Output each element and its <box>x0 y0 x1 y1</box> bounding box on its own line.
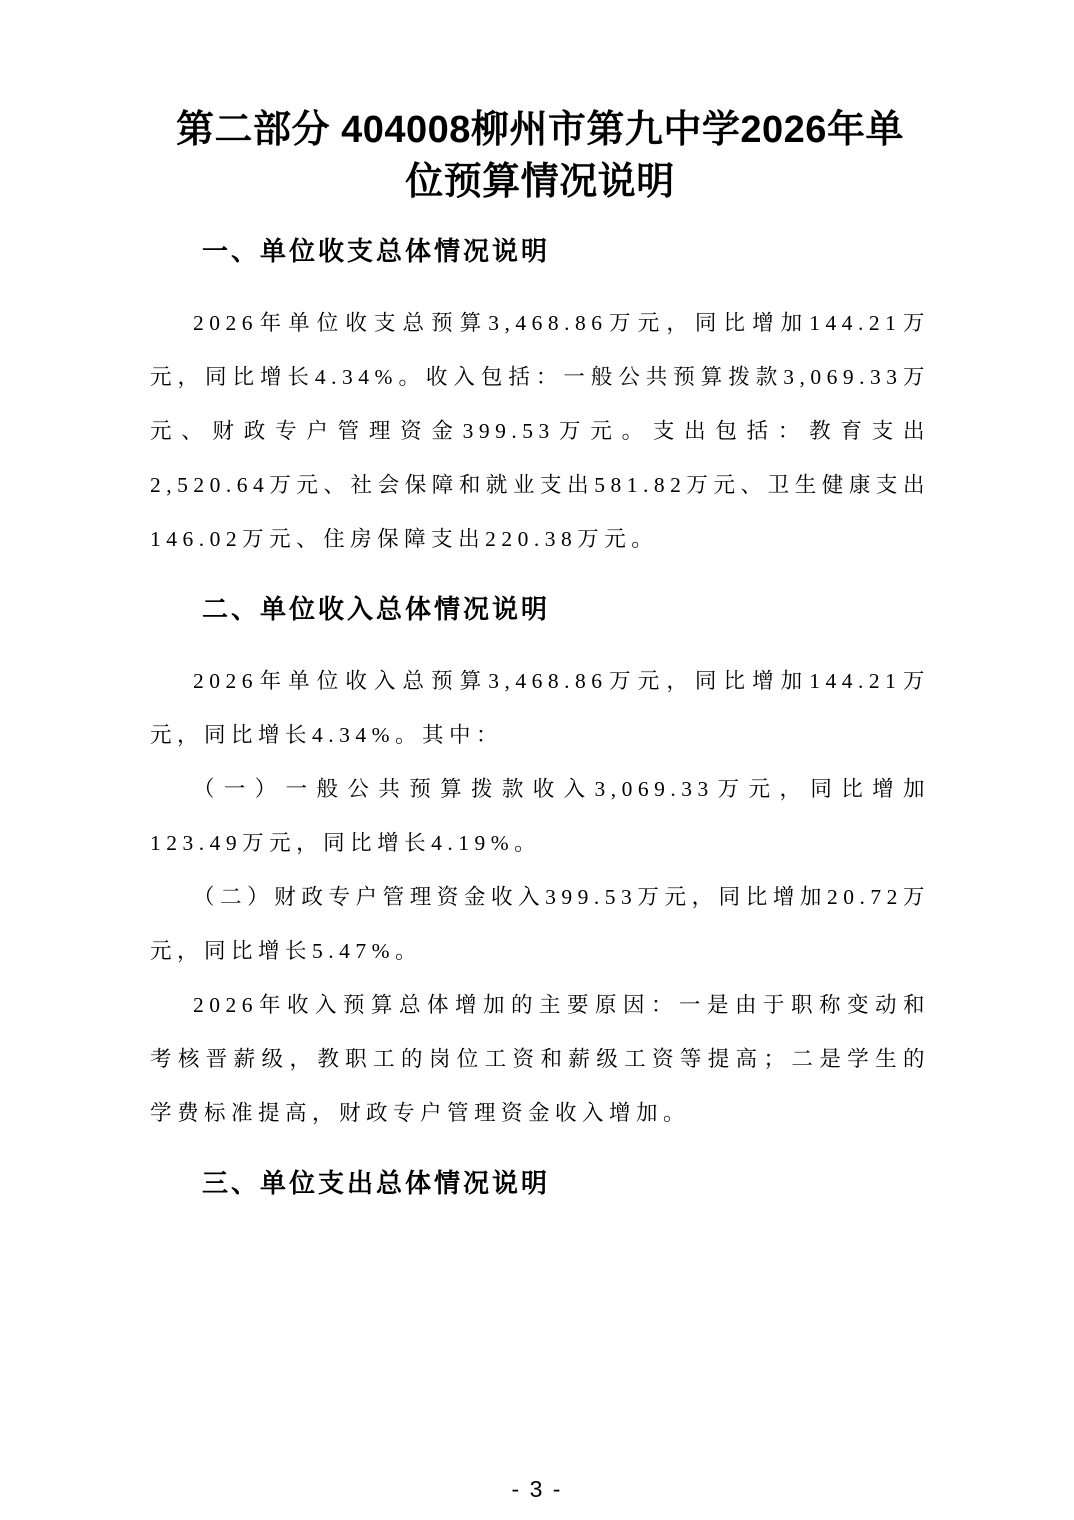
document-title-line-2: 位预算情况说明 <box>150 156 930 208</box>
section-2: 二、单位收入总体情况说明 2026年单位收入总预算3,468.86万元，同比增加… <box>150 592 930 1140</box>
section-1-heading: 一、单位收支总体情况说明 <box>150 234 930 268</box>
document-title-line-1: 第二部分 404008柳州市第九中学2026年单 <box>150 104 930 156</box>
section-3: 三、单位支出总体情况说明 <box>150 1166 930 1200</box>
section-3-heading: 三、单位支出总体情况说明 <box>150 1166 930 1200</box>
section-2-heading: 二、单位收入总体情况说明 <box>150 592 930 626</box>
section-1-paragraph-1: 2026年单位收支总预算3,468.86万元，同比增加144.21万元，同比增长… <box>150 296 930 566</box>
section-2-paragraph-1: 2026年单位收入总预算3,468.86万元，同比增加144.21万元，同比增长… <box>150 654 930 762</box>
section-2-paragraph-2: （一）一般公共预算拨款收入3,069.33万元，同比增加123.49万元，同比增… <box>150 762 930 870</box>
section-2-paragraph-3: （二）财政专户管理资金收入399.53万元，同比增加20.72万元，同比增长5.… <box>150 870 930 978</box>
page-number: - 3 - <box>512 1476 563 1502</box>
page-footer: - 3 - <box>0 1474 1074 1504</box>
document-title: 第二部分 404008柳州市第九中学2026年单 位预算情况说明 <box>150 104 930 208</box>
section-1: 一、单位收支总体情况说明 2026年单位收支总预算3,468.86万元，同比增加… <box>150 234 930 566</box>
document-page: 第二部分 404008柳州市第九中学2026年单 位预算情况说明 一、单位收支总… <box>0 0 1074 1520</box>
section-2-paragraph-4: 2026年收入预算总体增加的主要原因：一是由于职称变动和考核晋薪级，教职工的岗位… <box>150 978 930 1140</box>
